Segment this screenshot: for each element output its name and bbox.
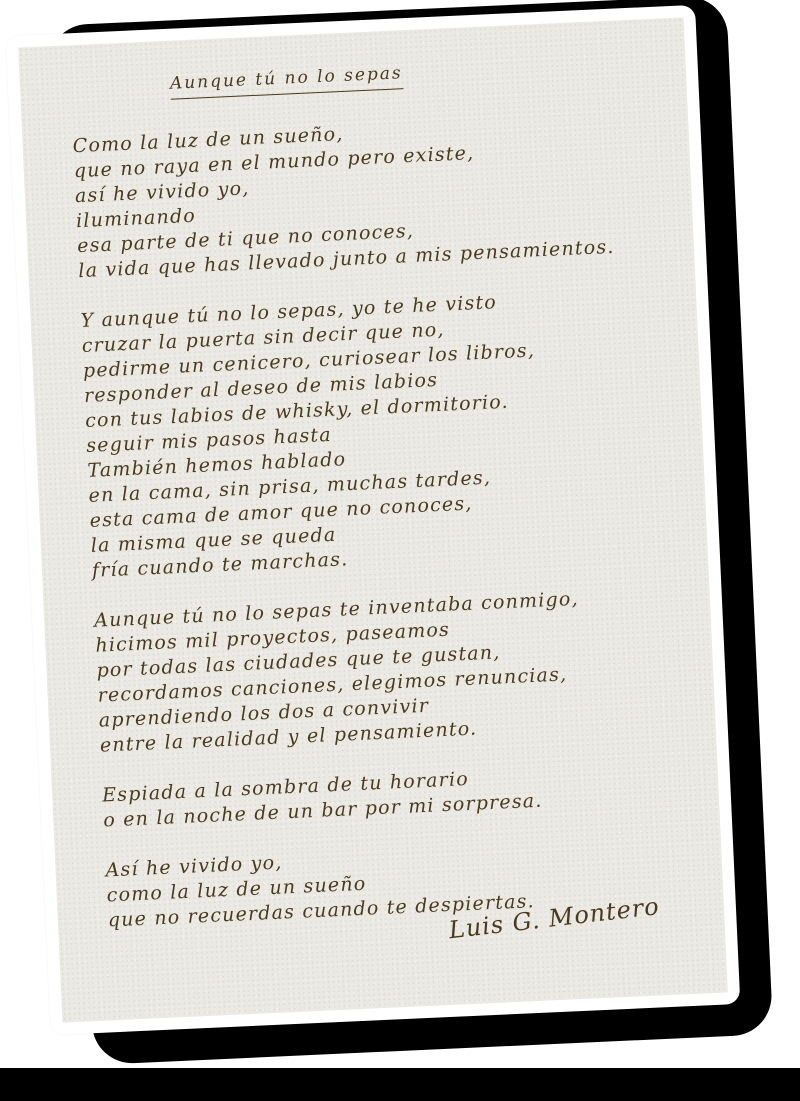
manuscript-card: Aunque tú no lo sepas Como la luz de un … — [6, 5, 741, 1035]
poem-title: Aunque tú no lo sepas — [169, 61, 403, 100]
stanza-2: Y aunque tú no lo sepas, yo te he visto … — [80, 282, 692, 584]
poem: Aunque tú no lo sepas Como la luz de un … — [70, 48, 709, 958]
stanza-3: Aunque tú no lo sepas te inventaba conmi… — [94, 582, 700, 759]
stanza-1: Como la luz de un sueño, que no raya en … — [72, 107, 678, 284]
page-stage: Aunque tú no lo sepas Como la luz de un … — [0, 0, 800, 1101]
manuscript-paper: Aunque tú no lo sepas Como la luz de un … — [18, 17, 728, 1022]
bottom-shadow-band — [0, 1068, 800, 1101]
stanza-4: Espiada a la sombra de tu horario o en l… — [102, 756, 704, 833]
